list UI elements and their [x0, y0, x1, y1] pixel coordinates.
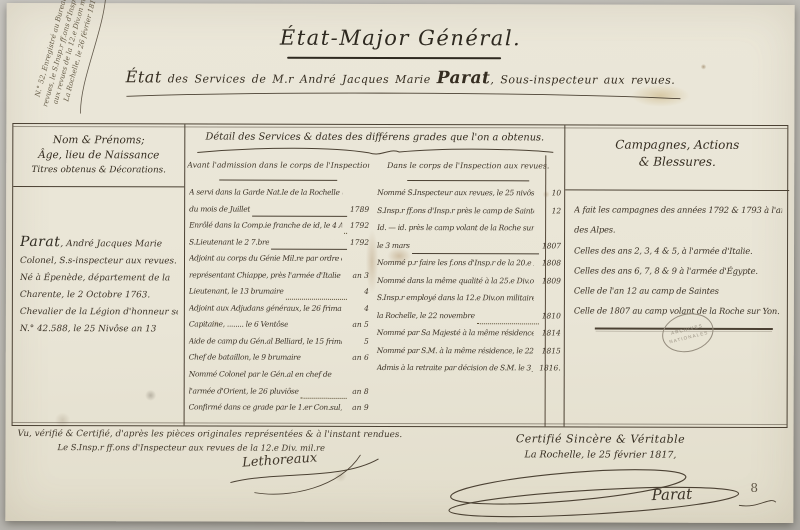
identity-line: Charente, le 2 Octobre 1763.	[20, 287, 178, 304]
entry-year: 1810	[541, 311, 561, 320]
entry-year: 1816.	[539, 364, 561, 373]
entry-year: an 5	[349, 320, 369, 329]
entry-leader	[536, 236, 539, 237]
entry-leader	[536, 306, 539, 307]
identity-line: N.° 42.588, le 25 Nivôse an 13	[20, 321, 178, 338]
service-entry: le 3 mars 1807	[377, 241, 561, 259]
header-line: Âge, lieu de Naissance	[13, 148, 184, 163]
entry-text: Nommé Colonel par le Gén.al en chef de	[189, 369, 332, 378]
service-entry: A servi dans la Garde Nat.le de la Roche…	[189, 187, 369, 204]
entry-leader	[536, 271, 539, 272]
entry-year: 4	[349, 304, 369, 313]
subtitle-tail: , Sous-inspecteur aux revues.	[490, 73, 675, 86]
entry-text: du mois de Juillet	[189, 204, 250, 213]
document-paper: N.° 52, Enregistré au Bureau desrevues, …	[5, 3, 794, 523]
entry-leader	[303, 365, 347, 366]
entry-leader	[290, 332, 347, 333]
campaign-line: Celle de l'an 12 au camp de Saintes	[574, 281, 782, 302]
entry-leader	[412, 252, 539, 254]
header-line: Campagnes, Actions	[565, 136, 789, 154]
entry-year: 1789	[349, 204, 369, 213]
column-campaigns: Campagnes, Actions & Blessures. A fait l…	[565, 125, 790, 427]
entry-leader	[477, 323, 539, 325]
service-entry: Chef de bataillon, le 9 brumaire an 6	[189, 353, 369, 370]
column-identity: Nom & Prénoms; Âge, lieu de Naissance Ti…	[13, 124, 185, 425]
service-record-table: Nom & Prénoms; Âge, lieu de Naissance Ti…	[12, 123, 789, 428]
service-entry: la Rochelle, le 22 novembre 1810	[377, 311, 561, 329]
entry-text: S.Insp.r ff.ons d'Insp.r près le camp de…	[377, 205, 534, 214]
entry-text: Nommé dans la même qualité à la 25.e Div…	[377, 276, 534, 285]
subtitle-mid: des Services de M.r André Jacques Marie	[162, 72, 437, 86]
photo-background: N.° 52, Enregistré au Bureau desrevues, …	[0, 0, 800, 530]
entry-leader	[536, 289, 539, 290]
entry-leader	[344, 348, 347, 349]
entry-year: 1809	[541, 276, 561, 285]
campaign-line: Celles des ans 6, 7, 8 & 9 à l'armée d'É…	[574, 260, 782, 281]
entry-year: 1792	[349, 221, 369, 230]
entries-before-admission: A servi dans la Garde Nat.le de la Roche…	[189, 187, 370, 419]
entry-text: Lieutenant, le 13 brumaire	[189, 287, 284, 296]
entry-text: Nommé par S.M. à la même résidence, le 2…	[377, 346, 534, 355]
entry-year: an 9	[349, 403, 369, 412]
entry-leader	[344, 199, 347, 200]
service-entry: Lieutenant, le 13 brumaire 4	[189, 287, 369, 304]
entry-leader	[536, 341, 539, 342]
header-line: & Blessures.	[565, 153, 789, 171]
service-entry: Confirmé dans ce grade par le 1.er Con.s…	[189, 403, 369, 420]
entry-leader	[271, 248, 347, 250]
entry-leader	[344, 415, 347, 416]
entry-leader	[536, 359, 539, 360]
campaign-line: des Alpes.	[574, 220, 782, 241]
campaign-line: Celles des ans 2, 3, 4 & 5, à l'armée d'…	[574, 240, 782, 261]
entry-text: Id. — id. près le camp volant de la Roch…	[377, 223, 534, 232]
subcolumn-header-in-corps: Dans le corps de l'Inspection aux revues…	[375, 161, 561, 170]
entry-year: 1792	[349, 238, 369, 247]
surname: Parat	[20, 234, 60, 250]
campaign-line: A fait les campagnes des années 1792 & 1…	[574, 199, 782, 220]
entry-leader	[344, 315, 347, 316]
entry-text: Capitaine, ........ le 6 Ventôse	[189, 320, 288, 329]
entry-year: 1807	[541, 241, 561, 250]
service-entry: Capitaine, ........ le 6 Ventôse an 5	[189, 320, 369, 337]
service-entry: Nommé par S.M. à la même résidence, le 2…	[377, 346, 561, 364]
service-entry: Aide de camp du Gén.al Belliard, le 15 f…	[189, 336, 369, 353]
service-entry: Adjoint aux Adjudans généraux, le 26 fri…	[189, 303, 369, 320]
entry-text: S.Lieutenant le 2 7.bre	[189, 237, 269, 246]
subheader-underline	[219, 180, 337, 181]
service-entry: Id. — id. près le camp volant de la Roch…	[377, 223, 561, 241]
page-title: État-Major Général.	[7, 25, 795, 51]
entry-text: Aide de camp du Gén.al Belliard, le 15 f…	[189, 336, 342, 345]
entry-text: Chef de bataillon, le 9 brumaire	[189, 353, 301, 362]
entry-year: an 6	[349, 353, 369, 362]
entry-leader	[536, 218, 539, 219]
subtitle-underline-swash	[124, 89, 684, 100]
certification-left-line1: Vu, vérifié & Certifié, d'après les pièc…	[18, 429, 418, 440]
parat-signature: Parat	[432, 454, 784, 527]
campaigns-body: A fait les campagnes des années 1792 & 1…	[574, 199, 782, 321]
service-entry: Enrôlé dans la Comp.ie franche de id, le…	[189, 221, 369, 238]
entry-year: an 8	[349, 386, 369, 395]
subject-name: Parat, André Jacques Marie	[20, 234, 178, 253]
page-subtitle: État des Services de M.r André Jacques M…	[6, 67, 794, 89]
given-names: , André Jacques Marie	[60, 239, 162, 249]
entry-leader	[536, 201, 539, 202]
entry-text: l'armée d'Orient, le 26 pluviôse	[189, 386, 299, 395]
title-underline	[287, 57, 501, 60]
entry-text: S.Insp.r employé dans la 12.e Div.on mil…	[377, 293, 534, 302]
svg-text:Lethoreaux: Lethoreaux	[241, 451, 319, 471]
entry-leader	[534, 376, 537, 377]
entry-text: A servi dans la Garde Nat.le de la Roche…	[189, 187, 342, 196]
header-rule	[565, 189, 789, 191]
service-entry: du mois de Juillet 1789	[189, 204, 369, 221]
entry-text: Nommé S.Inspecteur aux revues, le 25 niv…	[377, 188, 534, 197]
entry-year: 5	[349, 337, 369, 346]
header-brace-swash	[193, 144, 557, 157]
service-entry: Admis à la retraite par décision de S.M.…	[377, 363, 561, 381]
entry-leader	[252, 215, 347, 217]
service-entry: Nommé p.r faire les f.ons d'Insp.r de la…	[377, 258, 561, 276]
entry-text: le 3 mars	[377, 241, 410, 250]
service-entry: S.Lieutenant le 2 7.bre 1792	[189, 237, 369, 254]
entry-leader	[334, 381, 347, 382]
service-entry: Nommé S.Inspecteur aux revues, le 25 niv…	[377, 188, 561, 206]
entry-text: Nommé par Sa Majesté à la même résidence…	[377, 328, 534, 337]
column-services: Détail des Services & dates des différen…	[185, 124, 565, 426]
entry-year: 4	[349, 287, 369, 296]
entry-leader	[344, 266, 347, 267]
entry-text: Confirmé dans ce grade par le 1.er Con.s…	[189, 403, 342, 412]
identity-line: Colonel, S.s-inspecteur aux revues.	[20, 253, 178, 270]
services-column-header: Détail des Services & dates des différen…	[185, 124, 564, 143]
entry-text: Admis à la retraite par décision de S.M.…	[377, 363, 533, 372]
service-entry: Adjoint au corps du Génie Mil.re par ord…	[189, 254, 369, 271]
page-number: 8	[750, 481, 758, 495]
entry-text: Nommé p.r faire les f.ons d'Insp.r de la…	[377, 258, 534, 267]
subtitle-surname: Parat	[437, 68, 491, 88]
entry-year: 1814	[541, 329, 561, 338]
entry-year: an 3	[349, 271, 369, 280]
service-entry: S.Insp.r employé dans la 12.e Div.on mil…	[377, 293, 561, 311]
entry-text: représentant Chiappe, près l'armée d'Ita…	[189, 270, 342, 279]
header-line: Nom & Prénoms;	[13, 133, 184, 148]
certification-right-line1: Certifié Sincère & Véritable	[436, 432, 766, 446]
identity-column-header: Nom & Prénoms; Âge, lieu de Naissance Ti…	[13, 124, 184, 178]
campaigns-column-header: Campagnes, Actions & Blessures.	[565, 125, 789, 171]
entry-leader	[301, 397, 347, 399]
service-entry: Nommé dans la même qualité à la 25.e Div…	[377, 276, 561, 294]
service-entry: l'armée d'Orient, le 26 pluviôse an 8	[189, 386, 369, 403]
entry-leader	[344, 231, 347, 233]
svg-text:Parat: Parat	[650, 485, 693, 504]
header-rule	[13, 186, 184, 188]
entries-in-corps: Nommé S.Inspecteur aux revues, le 25 niv…	[377, 188, 562, 381]
entry-year: 1815	[541, 346, 561, 355]
subcolumn-header-before-admission: Avant l'admission dans le corps de l'Ins…	[187, 160, 369, 169]
entry-text: la Rochelle, le 22 novembre	[377, 311, 475, 320]
header-line: Titres obtenus & Décorations.	[13, 163, 184, 178]
entry-leader	[285, 298, 346, 300]
service-entry: représentant Chiappe, près l'armée d'Ita…	[189, 270, 369, 287]
entry-text: Adjoint au corps du Génie Mil.re par ord…	[189, 254, 342, 263]
service-entry: S.Insp.r ff.ons d'Insp.r près le camp de…	[377, 205, 561, 223]
service-entry: Nommé Colonel par le Gén.al en chef de	[189, 369, 369, 386]
entry-year: 10	[541, 188, 561, 197]
entry-text: Enrôlé dans la Comp.ie franche de id, le…	[189, 221, 342, 230]
entry-year: 1808	[541, 259, 561, 268]
inspector-signature: Lethoreaux	[220, 447, 390, 502]
subheader-underline	[407, 180, 529, 182]
entry-text: Adjoint aux Adjudans généraux, le 26 fri…	[189, 303, 342, 312]
entry-year: 12	[541, 206, 561, 215]
identity-body: Parat, André Jacques Marie Colonel, S.s-…	[20, 234, 178, 338]
identity-line: Né à Épenède, département de la	[20, 270, 178, 287]
identity-line: Chevalier de la Légion d'honneur sous le	[20, 304, 178, 321]
service-entry: Nommé par Sa Majesté à la même résidence…	[377, 328, 561, 346]
entry-leader	[344, 282, 347, 283]
subtitle-lead: État	[126, 67, 162, 86]
